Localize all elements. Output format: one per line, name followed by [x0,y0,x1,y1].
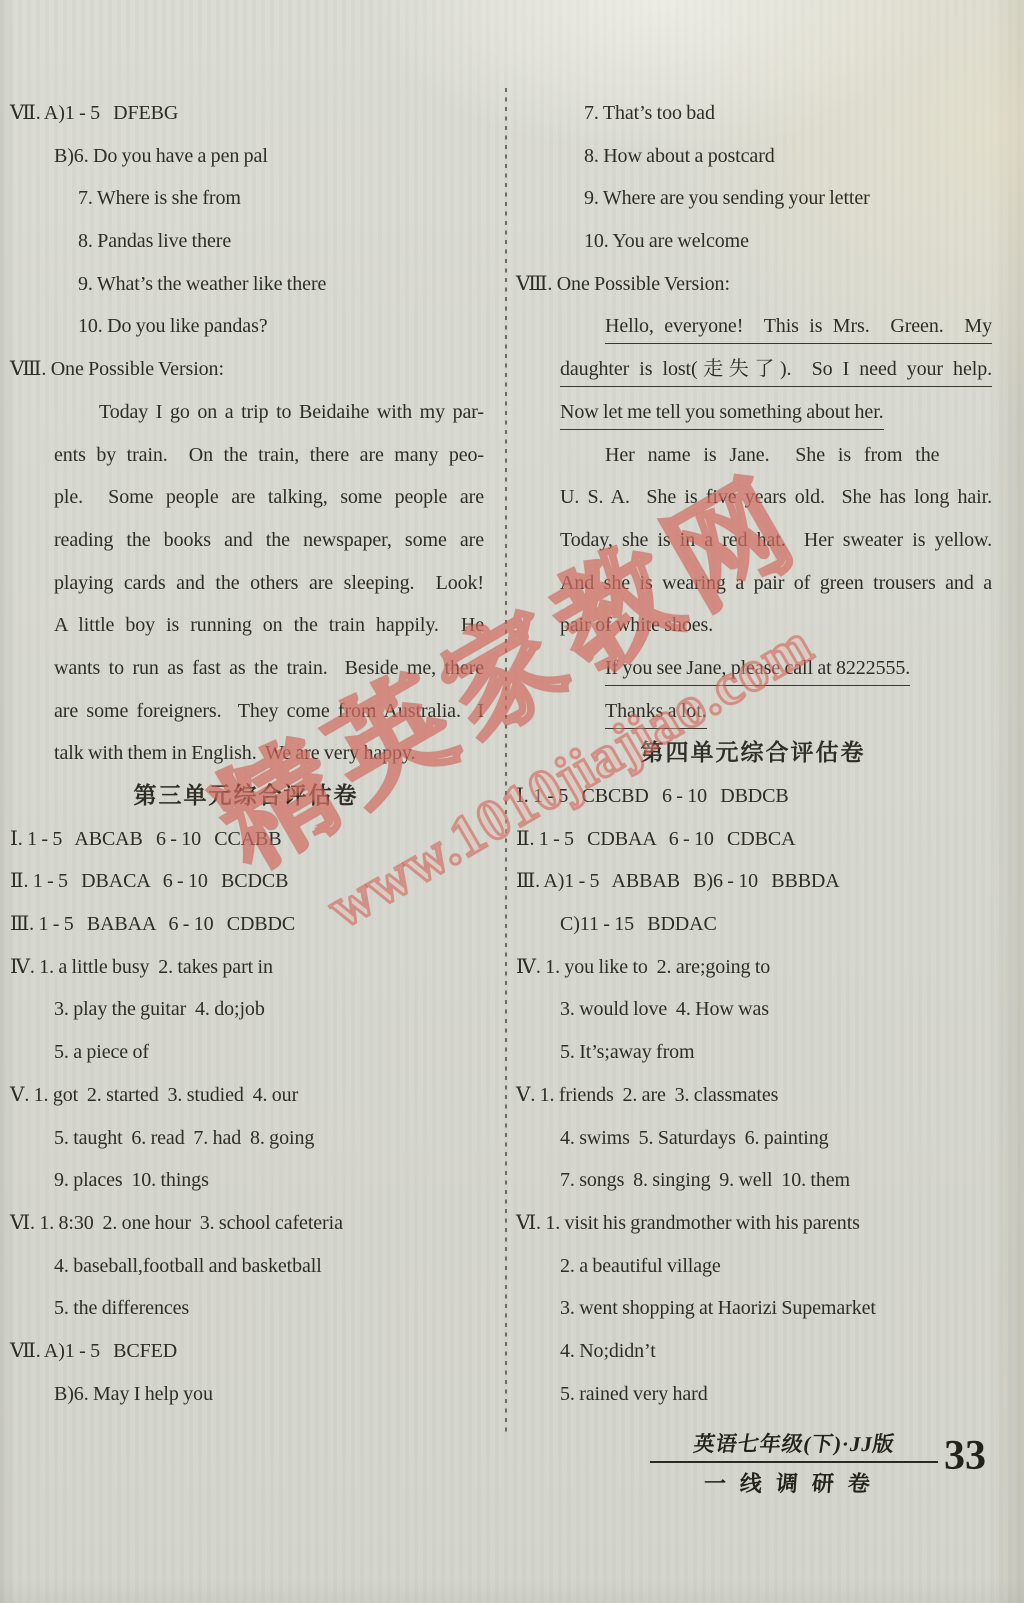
line-text: Hello, everyone! This is Mrs. Green. My [605,315,992,344]
line-text: 10. You are welcome [584,230,749,252]
line-text: 9. What’s the weather like there [78,273,326,295]
answer-line: 5. It’s;away from [514,1031,992,1074]
answer-line: 2. a beautiful village [514,1245,992,1288]
answer-line: 3. would love 4. How was [514,988,992,1031]
answers-column-right: 7. That’s too bad8. How about a postcard… [514,92,992,1415]
answer-line: If you see Jane, please call at 8222555. [514,647,992,690]
footer: 英语七年级(下)·JJ版 一线调研卷 [650,1428,938,1498]
answer-line: Ⅴ. 1. friends 2. are 3. classmates [514,1074,992,1117]
line-text: 7. That’s too bad [584,102,715,124]
answer-line: Ⅲ. A)1 - 5 ABBAB B)6 - 10 BBBDA [514,860,992,903]
line-text: 5. taught 6. read 7. had 8. going [54,1127,314,1149]
line-text: 第四单元综合评估卷 [641,740,866,765]
answer-line: Thanks a lot. [514,690,992,733]
page: Ⅶ. A)1 - 5 DFEBGB)6. Do you have a pen p… [0,0,1024,1603]
line-text: Ⅵ. 1. visit his grandmother with his par… [516,1212,860,1234]
answer-line: 7. Where is she from [8,177,484,220]
footer-subtitle-text: 一线调研卷 [703,1467,885,1498]
line-text: are some foreigners. They come from Aust… [54,700,484,722]
answer-line: ple. Some people are talking, some peopl… [8,476,484,519]
answer-line: 8. Pandas live there [8,220,484,263]
line-text: 9. places 10. things [54,1169,209,1191]
line-text: Ⅴ. 1. got 2. started 3. studied 4. our [10,1084,298,1106]
line-text: Today, she is in a red hat. Her sweater … [560,529,992,551]
line-text: daughter is lost(走失了). So I need your he… [560,358,992,387]
answer-line: 9. places 10. things [8,1159,484,1202]
line-text: Ⅷ. One Possible Version: [10,358,224,380]
page-number: 33 [944,1432,986,1480]
line-text: Thanks a lot. [605,700,707,729]
answer-line: Hello, everyone! This is Mrs. Green. My [514,305,992,348]
answer-line: Ⅱ. 1 - 5 DBACA 6 - 10 BCDCB [8,860,484,903]
line-text: Ⅰ. 1 - 5 ABCAB 6 - 10 CCABB [10,828,282,850]
answer-line: pair of white shoes. [514,604,992,647]
line-text: Ⅲ. 1 - 5 BABAA 6 - 10 CDBDC [10,913,295,935]
line-text: pair of white shoes. [560,614,713,636]
section-heading: 第四单元综合评估卷 [514,732,992,775]
answers-column-left: Ⅶ. A)1 - 5 DFEBGB)6. Do you have a pen p… [8,92,484,1415]
answer-line: Ⅶ. A)1 - 5 BCFED [8,1330,484,1373]
line-text: Ⅳ. 1. you like to 2. are;going to [516,956,770,978]
answer-line: B)6. Do you have a pen pal [8,135,484,178]
answer-line: U. S. A. She is five years old. She has … [514,476,992,519]
line-text: 3. would love 4. How was [560,998,769,1020]
line-text: 9. Where are you sending your letter [584,187,870,209]
line-text: U. S. A. She is five years old. She has … [560,486,992,508]
answer-line: 9. What’s the weather like there [8,263,484,306]
answer-line: Ⅵ. 1. visit his grandmother with his par… [514,1202,992,1245]
footer-series-text: 英语七年级(下)·JJ版 [691,1428,897,1458]
answer-line: 9. Where are you sending your letter [514,177,992,220]
answer-line: 5. a piece of [8,1031,484,1074]
line-text: Ⅲ. A)1 - 5 ABBAB B)6 - 10 BBBDA [516,870,840,892]
line-text: 2. a beautiful village [560,1255,721,1277]
answer-line: 7. That’s too bad [514,92,992,135]
line-text: 7. Where is she from [78,187,241,209]
answer-line: 4. baseball,football and basketball [8,1245,484,1288]
answer-line: Ⅷ. One Possible Version: [8,348,484,391]
line-text: Ⅱ. 1 - 5 CDBAA 6 - 10 CDBCA [516,828,795,850]
footer-series-label: 英语七年级(下)·JJ版 [650,1428,938,1463]
answer-line: Ⅰ. 1 - 5 ABCAB 6 - 10 CCABB [8,818,484,861]
answer-line: B)6. May I help you [8,1373,484,1416]
line-text: 3. went shopping at Haorizi Supemarket [560,1297,876,1319]
line-text: Ⅳ. 1. a little busy 2. takes part in [10,956,273,978]
line-text: 3. play the guitar 4. do;job [54,998,265,1020]
answer-line: daughter is lost(走失了). So I need your he… [514,348,992,391]
answer-line: Ⅲ. 1 - 5 BABAA 6 - 10 CDBDC [8,903,484,946]
answer-line: Her name is Jane. She is from the [514,434,992,477]
line-text: C)11 - 15 BDDAC [560,913,717,935]
line-text: wants to run as fast as the train. Besid… [54,657,484,679]
line-text: 7. songs 8. singing 9. well 10. them [560,1169,850,1191]
line-text: Ⅶ. A)1 - 5 DFEBG [10,102,178,124]
line-text: Her name is Jane. She is from the [605,444,939,466]
answer-line: Today, she is in a red hat. Her sweater … [514,519,992,562]
answer-line: 3. went shopping at Haorizi Supemarket [514,1287,992,1330]
line-text: 4. No;didn’t [560,1340,656,1362]
answer-line: Ⅳ. 1. you like to 2. are;going to [514,946,992,989]
line-text: 5. a piece of [54,1041,149,1063]
answer-line: playing cards and the others are sleepin… [8,562,484,605]
section-heading: 第三单元综合评估卷 [8,775,484,818]
answer-line: are some foreigners. They come from Aust… [8,690,484,733]
answer-line: Ⅴ. 1. got 2. started 3. studied 4. our [8,1074,484,1117]
line-text: playing cards and the others are sleepin… [54,572,484,594]
answer-line: 8. How about a postcard [514,135,992,178]
line-text: ents by train. On the train, there are m… [54,444,484,466]
line-text: If you see Jane, please call at 8222555. [605,657,910,686]
line-text: 5. It’s;away from [560,1041,695,1063]
answer-line: 3. play the guitar 4. do;job [8,988,484,1031]
line-text: 5. the differences [54,1297,189,1319]
line-text: And she is wearing a pair of green trous… [560,572,992,594]
answer-line: Now let me tell you something about her. [514,391,992,434]
line-text: 8. Pandas live there [78,230,231,252]
line-text: talk with them in English. We are very h… [54,742,415,764]
answer-line: Ⅵ. 1. 8:30 2. one hour 3. school cafeter… [8,1202,484,1245]
line-text: 10. Do you like pandas? [78,315,268,337]
answer-line: Ⅶ. A)1 - 5 DFEBG [8,92,484,135]
answer-line: Ⅳ. 1. a little busy 2. takes part in [8,946,484,989]
line-text: A little boy is running on the train hap… [54,614,484,636]
answer-line: A little boy is running on the train hap… [8,604,484,647]
line-text: 4. swims 5. Saturdays 6. painting [560,1127,829,1149]
answer-line: 10. Do you like pandas? [8,305,484,348]
answer-line: Ⅰ. 1 - 5 CBCBD 6 - 10 DBDCB [514,775,992,818]
line-text: 8. How about a postcard [584,145,775,167]
line-text: B)6. Do you have a pen pal [54,145,268,167]
answer-line: ents by train. On the train, there are m… [8,434,484,477]
answer-line: wants to run as fast as the train. Besid… [8,647,484,690]
column-divider [505,88,507,1433]
answer-line: And she is wearing a pair of green trous… [514,562,992,605]
line-text: ple. Some people are talking, some peopl… [54,486,484,508]
line-text: Ⅰ. 1 - 5 CBCBD 6 - 10 DBDCB [516,785,789,807]
answer-line: Ⅱ. 1 - 5 CDBAA 6 - 10 CDBCA [514,818,992,861]
line-text: 第三单元综合评估卷 [134,783,359,808]
answer-line: 7. songs 8. singing 9. well 10. them [514,1159,992,1202]
line-text: 4. baseball,football and basketball [54,1255,322,1277]
answer-line: reading the books and the newspaper, som… [8,519,484,562]
answer-line: talk with them in English. We are very h… [8,732,484,775]
answer-line: 4. No;didn’t [514,1330,992,1373]
answer-line: Ⅷ. One Possible Version: [514,263,992,306]
line-text: 5. rained very hard [560,1383,708,1405]
answer-line: Today I go on a trip to Beidaihe with my… [8,391,484,434]
answer-line: C)11 - 15 BDDAC [514,903,992,946]
answer-line: 5. the differences [8,1287,484,1330]
line-text: Ⅱ. 1 - 5 DBACA 6 - 10 BCDCB [10,870,288,892]
line-text: Today I go on a trip to Beidaihe with my… [99,401,484,423]
line-text: Ⅴ. 1. friends 2. are 3. classmates [516,1084,778,1106]
answer-line: 5. taught 6. read 7. had 8. going [8,1117,484,1160]
answer-line: 10. You are welcome [514,220,992,263]
footer-subtitle-label: 一线调研卷 [650,1463,938,1498]
answer-line: 4. swims 5. Saturdays 6. painting [514,1117,992,1160]
line-text: B)6. May I help you [54,1383,213,1405]
line-text: reading the books and the newspaper, som… [54,529,484,551]
answer-line: 5. rained very hard [514,1373,992,1416]
line-text: Now let me tell you something about her. [560,401,884,430]
line-text: Ⅵ. 1. 8:30 2. one hour 3. school cafeter… [10,1212,343,1234]
line-text: Ⅶ. A)1 - 5 BCFED [10,1340,177,1362]
line-text: Ⅷ. One Possible Version: [516,273,730,295]
